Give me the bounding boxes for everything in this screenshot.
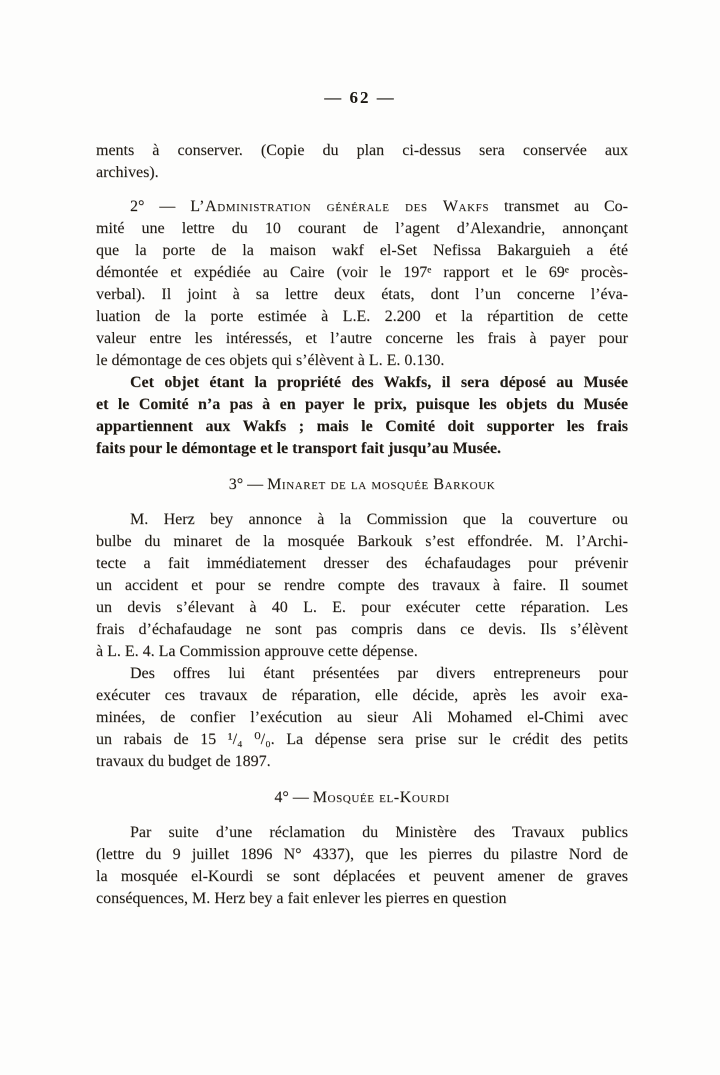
- text-run: appartiennent aux Wakfs ; mais le Comité…: [96, 418, 628, 435]
- text-run: valeur entre les intéressés, et l’autre …: [96, 330, 628, 347]
- section-heading: 3° — Minaret de la mosquée Barkouk: [96, 474, 628, 496]
- text-run: Par suite d’une réclamation du Ministère…: [130, 824, 628, 841]
- text-line: appartiennent aux Wakfs ; mais le Comité…: [96, 416, 628, 438]
- text-run: travaux du budget de 1897.: [96, 753, 271, 770]
- text-run: ments à conserver. (Copie du plan ci-des…: [96, 142, 628, 159]
- text-line: 2° — L’Administration générale des Wakfs…: [96, 196, 628, 218]
- text-run: archives).: [96, 164, 159, 181]
- text-run: frais d’échafaudage ne sont pas compris …: [96, 621, 628, 638]
- text-run: minées, de confier l’exécution au sieur …: [96, 709, 628, 726]
- text-line: conséquences, M. Herz bey a fait enlever…: [96, 888, 628, 910]
- text-line: et le Comité n’a pas à en payer le prix,…: [96, 394, 628, 416]
- text-run: exécuter ces travaux de réparation, elle…: [96, 687, 628, 704]
- paragraph: Par suite d’une réclamation du Ministère…: [96, 822, 628, 910]
- text-line: Par suite d’une réclamation du Ministère…: [96, 822, 628, 844]
- text-run: verbal). Il joint à sa lettre deux états…: [96, 286, 628, 303]
- text-line: faits pour le démontage et le transport …: [96, 438, 628, 460]
- text-run: un devis s’élevant à 40 L. E. pour exécu…: [96, 599, 628, 616]
- text-run: transmet au Co-: [489, 198, 628, 215]
- text-run: Cet objet étant la propriété des Wakfs, …: [130, 374, 628, 391]
- page-number: — 62 —: [0, 88, 720, 108]
- text-run: tecte a fait immédiatement dresser des é…: [96, 555, 628, 572]
- text-run: démontée et expédiée au Caire (voir le 1…: [96, 264, 628, 281]
- text-line: 3° — Minaret de la mosquée Barkouk: [96, 474, 628, 496]
- text-line: à L. E. 4. La Commission approuve cette …: [96, 641, 628, 663]
- text-line: Cet objet étant la propriété des Wakfs, …: [96, 372, 628, 394]
- text-line: bulbe du minaret de la mosquée Barkouk s…: [96, 531, 628, 553]
- smallcaps-text: L’Administration générale des Wakfs: [190, 198, 489, 215]
- text-line: valeur entre les intéressés, et l’autre …: [96, 328, 628, 350]
- text-line: M. Herz bey annonce à la Commission que …: [96, 509, 628, 531]
- text-run: (lettre du 9 juillet 1896 N° 4337), que …: [96, 846, 628, 863]
- text-line: (lettre du 9 juillet 1896 N° 4337), que …: [96, 844, 628, 866]
- text-line: le démontage de ces objets qui s’élèvent…: [96, 350, 628, 372]
- page: — 62 — ments à conserver. (Copie du plan…: [0, 0, 720, 1075]
- text-run: le démontage de ces objets qui s’élèvent…: [96, 352, 444, 369]
- text-line: travaux du budget de 1897.: [96, 751, 628, 773]
- text-run: 2° —: [130, 198, 190, 215]
- smallcaps-text: Mosquée el-Kourdi: [313, 789, 450, 806]
- text-run: conséquences, M. Herz bey a fait enlever…: [96, 890, 507, 907]
- text-line: archives).: [96, 162, 628, 184]
- text-line: tecte a fait immédiatement dresser des é…: [96, 553, 628, 575]
- text-line: un accident et pour se rendre compte des…: [96, 575, 628, 597]
- text-line: verbal). Il joint à sa lettre deux états…: [96, 284, 628, 306]
- text-run: la mosquée el-Kourdi se sont déplacées e…: [96, 868, 628, 885]
- paragraph: 2° — L’Administration générale des Wakfs…: [96, 196, 628, 372]
- text-block: ments à conserver. (Copie du plan ci-des…: [96, 140, 628, 910]
- text-run: 3° —: [229, 476, 267, 493]
- text-run: mité une lettre du 10 courant de l’agent…: [96, 220, 628, 237]
- paragraph: ments à conserver. (Copie du plan ci-des…: [96, 140, 628, 184]
- text-run: à L. E. 4. La Commission approuve cette …: [96, 643, 418, 660]
- text-line: Des offres lui étant présentées par dive…: [96, 663, 628, 685]
- text-run: faits pour le démontage et le transport …: [96, 440, 501, 457]
- text-line: la mosquée el-Kourdi se sont déplacées e…: [96, 866, 628, 888]
- text-run: un rabais de 15 ¹/₄ ⁰/₀. La dépense sera…: [96, 731, 628, 748]
- text-run: et le Comité n’a pas à en payer le prix,…: [96, 396, 628, 413]
- text-run: 4° —: [274, 789, 312, 806]
- smallcaps-text: Minaret de la mosquée Barkouk: [267, 476, 495, 493]
- text-run: M. Herz bey annonce à la Commission que …: [130, 511, 628, 528]
- section-heading: 4° — Mosquée el-Kourdi: [96, 787, 628, 809]
- text-line: luation de la porte estimée à L.E. 2.200…: [96, 306, 628, 328]
- text-run: que la porte de la maison wakf el-Set Ne…: [96, 242, 628, 259]
- text-run: luation de la porte estimée à L.E. 2.200…: [96, 308, 628, 325]
- text-run: bulbe du minaret de la mosquée Barkouk s…: [96, 533, 628, 550]
- text-line: un rabais de 15 ¹/₄ ⁰/₀. La dépense sera…: [96, 729, 628, 751]
- paragraph: Cet objet étant la propriété des Wakfs, …: [96, 372, 628, 460]
- paragraph: M. Herz bey annonce à la Commission que …: [96, 509, 628, 663]
- text-line: que la porte de la maison wakf el-Set Ne…: [96, 240, 628, 262]
- text-line: ments à conserver. (Copie du plan ci-des…: [96, 140, 628, 162]
- text-line: 4° — Mosquée el-Kourdi: [96, 787, 628, 809]
- text-run: un accident et pour se rendre compte des…: [96, 577, 628, 594]
- text-line: exécuter ces travaux de réparation, elle…: [96, 685, 628, 707]
- text-line: démontée et expédiée au Caire (voir le 1…: [96, 262, 628, 284]
- text-line: mité une lettre du 10 courant de l’agent…: [96, 218, 628, 240]
- paragraph: Des offres lui étant présentées par dive…: [96, 663, 628, 773]
- text-run: Des offres lui étant présentées par dive…: [130, 665, 628, 682]
- text-line: un devis s’élevant à 40 L. E. pour exécu…: [96, 597, 628, 619]
- text-line: minées, de confier l’exécution au sieur …: [96, 707, 628, 729]
- text-line: frais d’échafaudage ne sont pas compris …: [96, 619, 628, 641]
